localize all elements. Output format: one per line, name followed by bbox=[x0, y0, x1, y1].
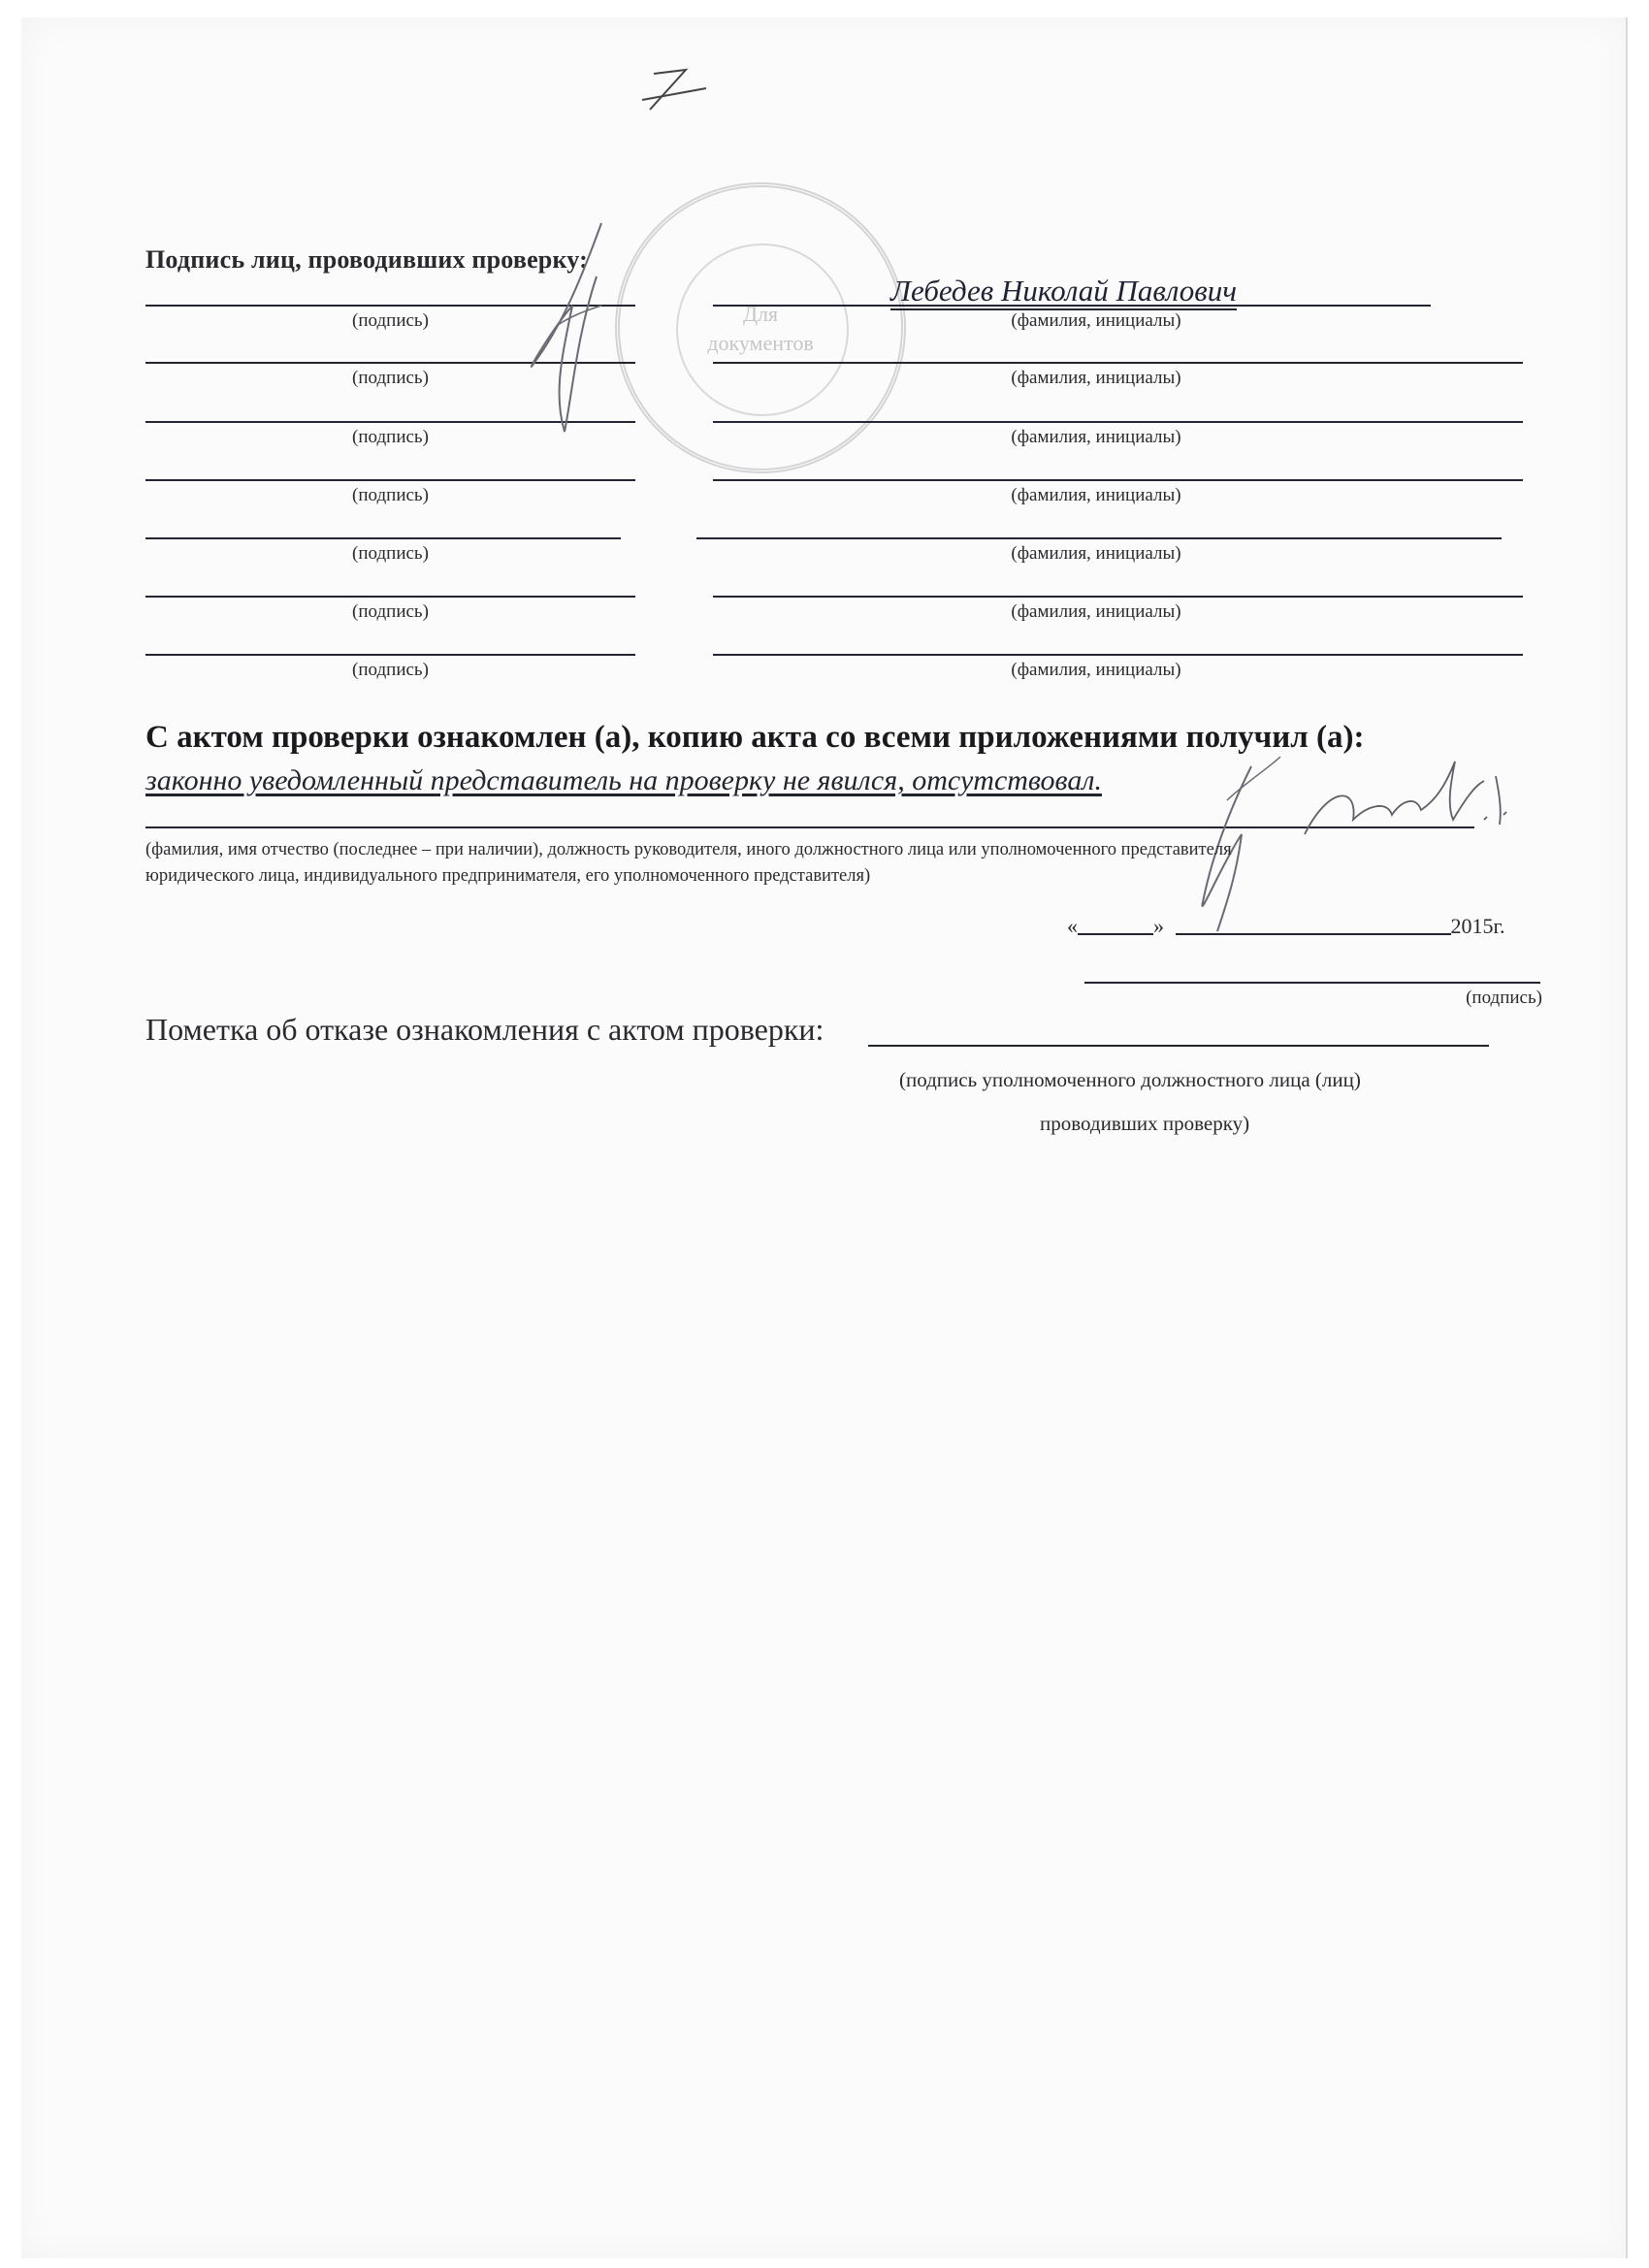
signature-caption: (подпись) bbox=[145, 660, 635, 681]
inspector-name-value: Лебедев Николай Павлович bbox=[890, 274, 1237, 310]
signature-line[interactable] bbox=[145, 537, 621, 539]
name-caption: (фамилия, инициалы) bbox=[873, 660, 1319, 681]
signature-caption: (подпись) bbox=[145, 485, 635, 506]
refusal-signature-blank[interactable] bbox=[868, 1045, 1489, 1047]
official-stamp: Для документов bbox=[615, 182, 906, 473]
name-line[interactable] bbox=[713, 479, 1523, 481]
date-month-blank[interactable] bbox=[1176, 914, 1451, 935]
signature-line[interactable] bbox=[145, 596, 635, 598]
name-line[interactable] bbox=[713, 421, 1523, 423]
stamp-text-line2: документов bbox=[620, 331, 901, 356]
acknowledgement-signature-blank[interactable] bbox=[1084, 982, 1540, 984]
date-day-blank[interactable] bbox=[1078, 914, 1153, 935]
date-year: 2015г. bbox=[1451, 914, 1505, 938]
name-caption: (фамилия, инициалы) bbox=[873, 368, 1319, 389]
name-line[interactable] bbox=[696, 537, 1502, 539]
name-caption: (фамилия, инициалы) bbox=[873, 601, 1319, 623]
name-caption: (фамилия, инициалы) bbox=[873, 427, 1319, 448]
date-close-quote: » bbox=[1153, 914, 1164, 938]
signature-caption: (подпись) bbox=[145, 543, 635, 565]
inspector-handwritten-signature bbox=[504, 218, 630, 451]
acknowledgement-handwritten-signature bbox=[1193, 747, 1562, 941]
signature-line[interactable] bbox=[145, 479, 635, 481]
name-line[interactable] bbox=[713, 362, 1523, 364]
refusal-label: Пометка об отказе ознакомления с актом п… bbox=[145, 1012, 824, 1048]
acknowledgement-caption-line2: юридического лица, индивидуального предп… bbox=[145, 862, 870, 891]
acknowledgement-note: законно уведомленный представитель на пр… bbox=[145, 764, 1102, 797]
refusal-caption-line1: (подпись уполномоченного должностного ли… bbox=[899, 1068, 1361, 1092]
refusal-caption-line2: проводивших проверку) bbox=[1040, 1112, 1249, 1136]
page-edge bbox=[1626, 17, 1628, 2258]
acknowledgement-signature-caption: (подпись) bbox=[1406, 988, 1542, 1009]
name-caption: (фамилия, инициалы) bbox=[873, 310, 1319, 332]
name-line[interactable] bbox=[713, 596, 1523, 598]
name-line[interactable] bbox=[713, 654, 1523, 656]
acknowledgement-caption-line1: (фамилия, имя отчество (последнее – при … bbox=[145, 836, 1232, 864]
name-caption: (фамилия, инициалы) bbox=[873, 485, 1319, 506]
signature-line[interactable] bbox=[145, 654, 635, 656]
handwritten-page-number-7 bbox=[640, 53, 727, 112]
acknowledgement-heading: С актом проверки ознакомлен (а), копию а… bbox=[145, 720, 1365, 756]
stamp-inner-ring bbox=[676, 243, 849, 416]
date-field: «» 2015г. bbox=[1067, 914, 1505, 939]
signature-caption: (подпись) bbox=[145, 601, 635, 623]
date-open-quote: « bbox=[1067, 914, 1078, 938]
name-caption: (фамилия, инициалы) bbox=[873, 543, 1319, 565]
